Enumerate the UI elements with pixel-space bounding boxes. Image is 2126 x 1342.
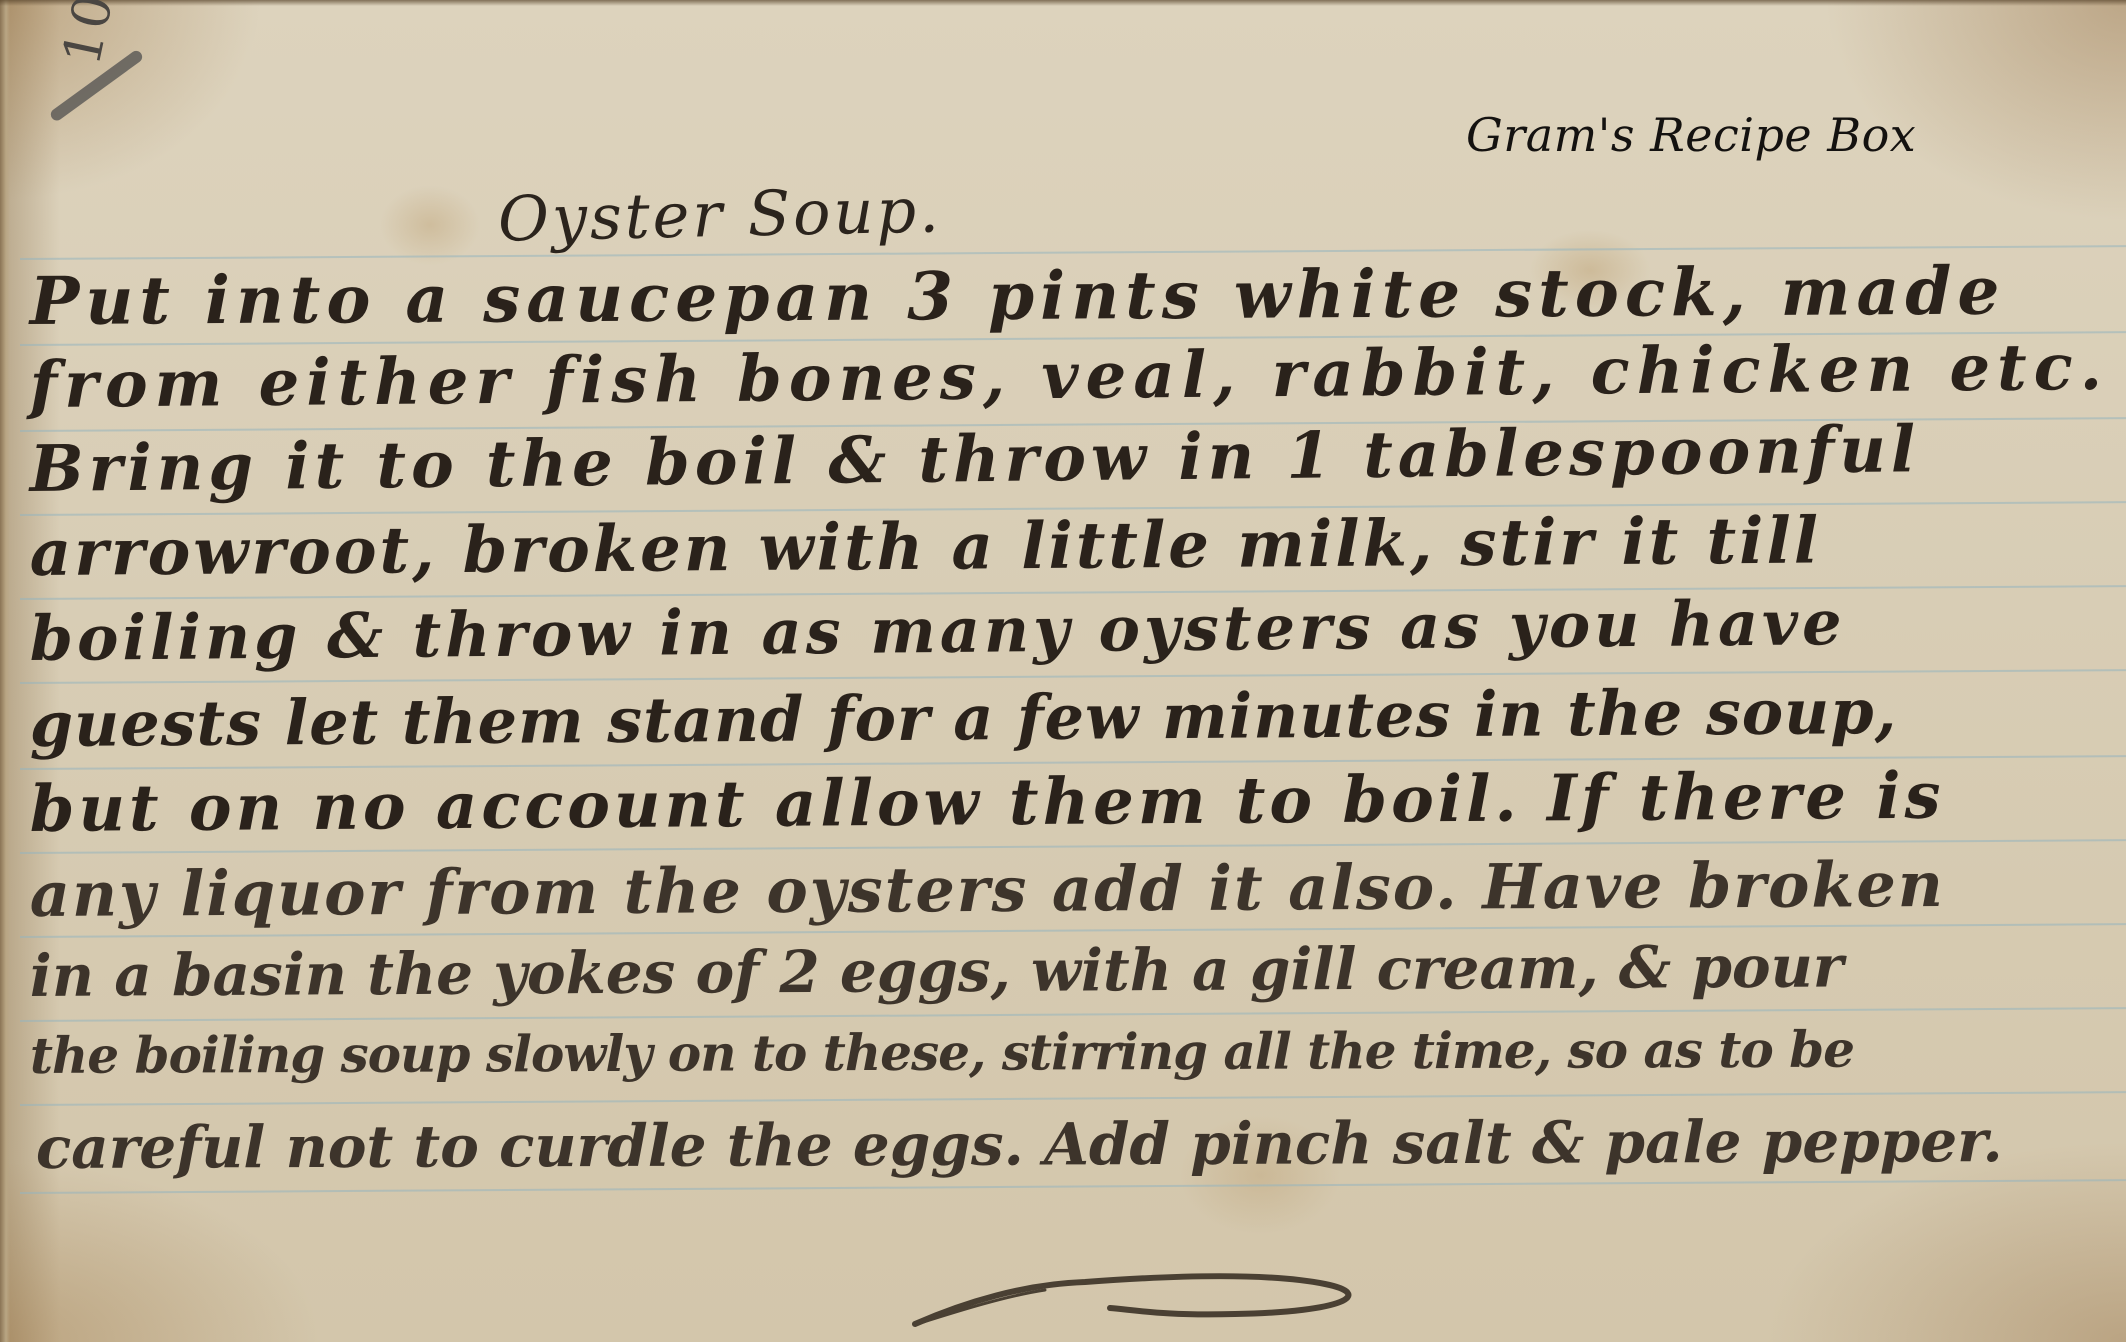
- recipe-line: but on no account allow them to boil. If…: [29, 759, 1944, 847]
- recipe-line: in a basin the yokes of 2 eggs, with a g…: [30, 933, 1844, 1010]
- recipe-line: any liquor from the oysters add it also.…: [30, 848, 1945, 931]
- recipe-card: 10 Gram's Recipe Box Oyster Soup. Put in…: [0, 0, 2126, 1342]
- recipe-line: boiling & throw in as many oysters as yo…: [29, 586, 1845, 675]
- recipe-line: the boiling soup slowly on to these, sti…: [30, 1020, 1854, 1085]
- recipe-line: from either fish bones, veal, rabbit, ch…: [29, 330, 2109, 423]
- recipe-line: careful not to curdle the eggs. Add pinc…: [36, 1107, 2003, 1182]
- recipe-line: arrowroot, broken with a little milk, st…: [29, 503, 1821, 591]
- flourish-icon: [905, 1262, 1385, 1332]
- recipe-body: Put into a saucepan 3 pints white stock,…: [0, 0, 2126, 1342]
- recipe-line: guests let them stand for a few minutes …: [29, 675, 1897, 761]
- recipe-line: Put into a saucepan 3 pints white stock,…: [30, 252, 2006, 340]
- recipe-line: Bring it to the boil & throw in 1 tables…: [29, 412, 1920, 507]
